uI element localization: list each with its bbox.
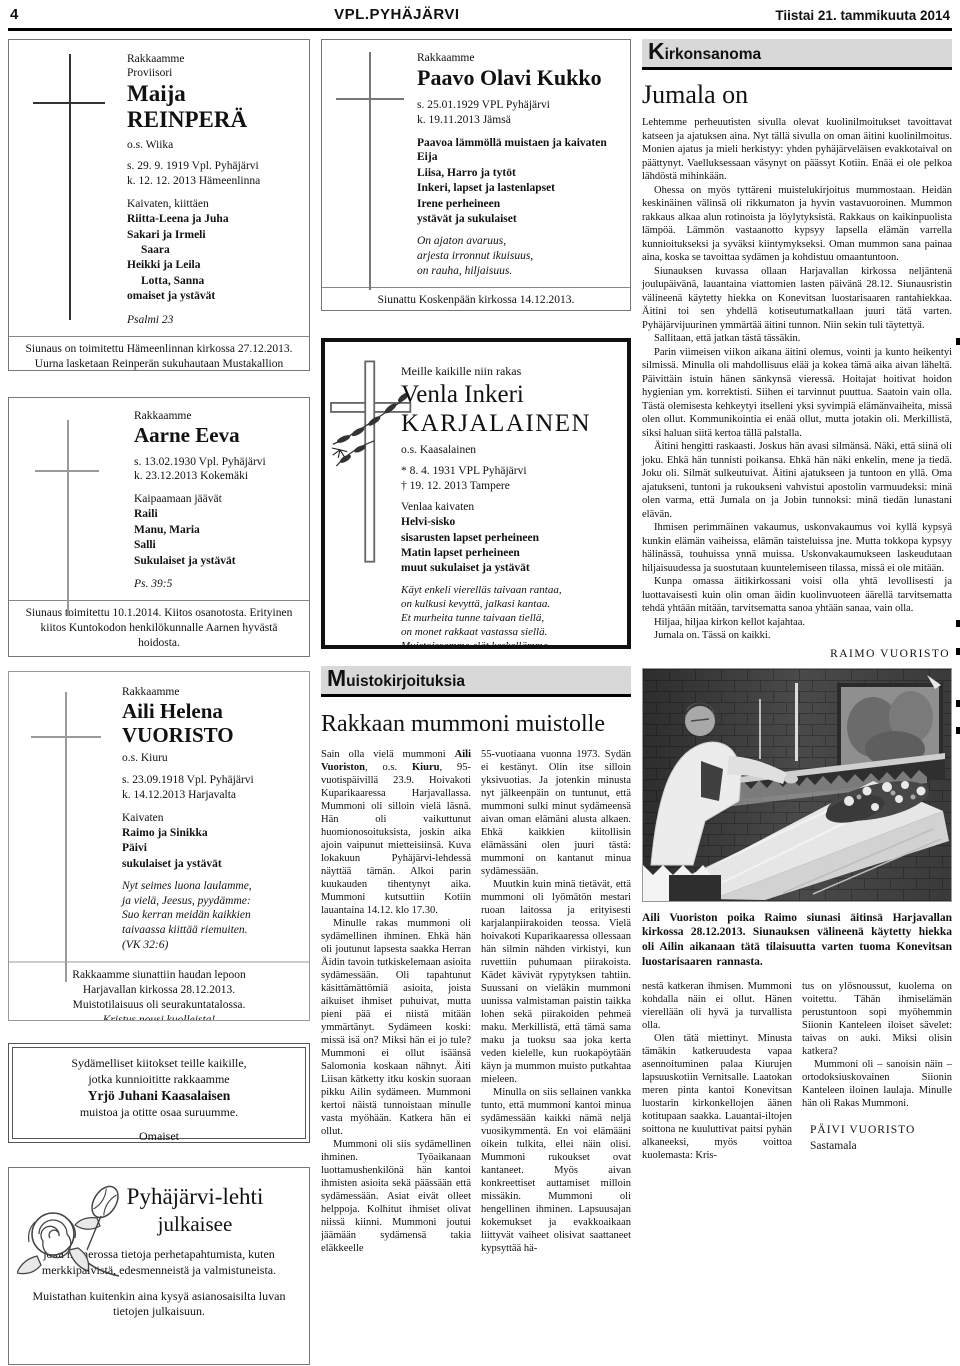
mourner-line: Irene perheineen	[417, 197, 622, 212]
signature-place: Sastamala	[810, 1139, 952, 1155]
mourner-line: omaiset ja ystävät	[127, 289, 299, 304]
verse-line: taivaassa kiittää riemuiten.	[122, 923, 301, 938]
edge-mark	[956, 648, 960, 655]
birth-date: s. 29. 9. 1919 Vpl. Pyhäjärvi	[127, 159, 299, 174]
birth-date: s. 25.01.1929 VPL Pyhäjärvi	[417, 98, 622, 113]
kirkonsanoma-article: Lehtemme perheuutisten sivulla olevat ku…	[642, 116, 952, 643]
newspaper-title: VPL.PYHÄJÄRVI	[334, 6, 459, 23]
publish-box: Pyhäjärvi-lehti julkaisee joka numerossa…	[8, 1167, 310, 1365]
deceased-name: Aili Helena	[122, 700, 301, 724]
mourner-line: Manu, Maria	[134, 523, 301, 538]
obituary-reinpera: Rakkaamme Proviisori Maija REINPERÄ o.s.…	[8, 39, 310, 371]
verse-line: on rauha, hiljaisuus.	[417, 264, 622, 279]
obituary-body: Rakkaamme Proviisori Maija REINPERÄ o.s.…	[9, 40, 309, 328]
footer-line: Rakkaamme siunattiin haudan lepoon	[21, 968, 297, 983]
mourner-line: Raili	[134, 507, 301, 522]
obituary-vuoristo: Rakkaamme Aili Helena VUORISTO o.s. Kiur…	[8, 671, 310, 1021]
right-column: Kirkonsanoma Jumala on Lehtemme perheuut…	[642, 39, 952, 1365]
deceased-label: Rakkaamme	[127, 53, 299, 65]
mourner-line: Matin lapset perheineen	[401, 546, 621, 561]
edge-mark	[956, 700, 960, 707]
obituary-kukko: Rakkaamme Paavo Olavi Kukko s. 25.01.192…	[321, 39, 631, 311]
mourner-line: Lotta, Sanna	[127, 274, 299, 289]
verse-line: on monet rakkaat vastassa siellä.	[401, 625, 621, 639]
text-segment: , o.s.	[365, 762, 412, 773]
mourners-intro: Kaipaamaan jäävät	[134, 492, 301, 507]
memorial-verse: Ps. 39:5	[134, 577, 301, 592]
mourner-line: Päivi	[122, 841, 301, 856]
mourner-line: Saara	[127, 243, 299, 258]
deceased-name: Maija	[127, 81, 299, 107]
text-segment: , 95-vuotispäivillä 23.9. Hoivakoti Kupa…	[321, 762, 471, 916]
footer-line: Kristus nousi kuolleista!	[21, 1013, 297, 1021]
memorial-article: Sain olla vielä mummoni Aili Vuoriston, …	[321, 748, 631, 1356]
page-number: 4	[10, 6, 18, 23]
maiden-name: o.s. Kaasalainen	[401, 443, 621, 458]
article-paragraph: Äitini hengitti raskaasti. Joskus hän av…	[642, 440, 952, 521]
section-label: uistokirjoituksia	[346, 673, 465, 690]
verse-line: Suo kerran meidän kaikkien	[122, 908, 301, 923]
edge-mark	[956, 727, 960, 734]
article-paragraph: Sain olla vielä mummoni Aili Vuoriston, …	[321, 748, 471, 917]
article-column: nestä katkeran ihmisen. Mummoni kohdalla…	[642, 980, 792, 1218]
article-column: Sain olla vielä mummoni Aili Vuoriston, …	[321, 748, 471, 1356]
article-column: 55-vuotiaana vuonna 1973. Sydän ei kestä…	[481, 748, 631, 1356]
thanks-box: Sydämelliset kiitokset teille kaikille, …	[8, 1043, 310, 1143]
mourners-intro: Kaivaten	[122, 811, 301, 826]
signature-name: PÄIVI VUORISTO	[810, 1123, 952, 1139]
verse-line: Nyt seimes luona laulamme,	[122, 879, 301, 894]
deceased-label: Rakkaamme	[122, 686, 301, 698]
obituary-divider	[9, 600, 309, 601]
middle-column: Rakkaamme Paavo Olavi Kukko s. 25.01.192…	[321, 39, 631, 1365]
article-paragraph: nestä katkeran ihmisen. Mummoni kohdalla…	[642, 980, 792, 1032]
deceased-label: Meille kaikille niin rakas	[401, 364, 621, 379]
mourner-line: Inkeri, lapset ja lastenlapset	[417, 181, 622, 196]
author-signature: PÄIVI VUORISTO Sastamala	[802, 1123, 952, 1154]
section-initial: K	[648, 38, 665, 64]
article-paragraph: Mummoni oli – sanoisin näin – ortodoksiu…	[802, 1058, 952, 1110]
mourner-line: Liisa, Harro ja tytöt	[417, 166, 622, 181]
article-title: Rakkaan mummoni muistolle	[321, 711, 631, 738]
deceased-name: Venla Inkeri	[401, 381, 621, 410]
footer-line: Harjavallan kirkossa 28.12.2013.	[21, 983, 297, 998]
article-title: Jumala on	[642, 80, 952, 110]
deceased-title: Proviisori	[127, 67, 299, 79]
birth-date: * 8. 4. 1931 VPL Pyhäjärvi	[401, 464, 621, 479]
memorial-verse: Psalmi 23	[127, 313, 299, 328]
article-continuation: nestä katkeran ihmisen. Mummoni kohdalla…	[642, 980, 952, 1218]
bold-name: Kiuru	[412, 762, 439, 773]
death-date: k. 19.11.2013 Jämsä	[417, 113, 622, 128]
birth-date: s. 13.02.1930 Vpl. Pyhäjärvi	[134, 455, 301, 470]
maiden-name: o.s. Kiuru	[122, 751, 301, 766]
section-initial: M	[327, 665, 346, 691]
author-signature: RAIMO VUORISTO	[642, 648, 950, 660]
mourner-line: Sukulaiset ja ystävät	[134, 554, 301, 569]
death-date: k. 14.12.2013 Harjavalta	[122, 788, 301, 803]
article-paragraph: Hiljaa, hiljaa kirkon kellot kajahtaa.	[642, 616, 952, 630]
thanks-line: muistoa ja otitte osaa suruumme.	[19, 1105, 299, 1121]
mourner-line: muut sukulaiset ja ystävät	[401, 561, 621, 576]
verse-line: On ajaton avaruus,	[417, 234, 622, 249]
verse-line: Muistoissamme elät keskellämme,	[401, 639, 621, 649]
mourner-line: Helvi-sisko	[401, 515, 621, 530]
publish-paragraph: Muistathan kuitenkin aina kysyä asianosa…	[9, 1289, 309, 1320]
mourner-line: Raimo ja Sinikka	[122, 826, 301, 841]
deceased-surname: KARJALAINEN	[401, 410, 621, 439]
rose-icon	[17, 1178, 135, 1285]
mourner-line: Sakari ja Irmeli	[127, 228, 299, 243]
article-paragraph: Sallitaan, että jatkan tästä tässäkin.	[642, 332, 952, 346]
verse-line: (VK 32:6)	[122, 938, 301, 953]
obituary-divider	[9, 961, 309, 963]
death-date: k. 12. 12. 2013 Hämeenlinna	[127, 174, 299, 189]
section-label: irkonsanoma	[665, 46, 761, 63]
mourner-line: ystävät ja sukulaiset	[417, 212, 622, 227]
deceased-name: Aarne Eeva	[134, 424, 301, 448]
photo-caption: Aili Vuoriston poika Raimo siunasi äitin…	[642, 911, 952, 971]
article-paragraph: Muutkin kuin minä tietävät, että mummoni…	[481, 878, 631, 1086]
article-paragraph: Siunauksen kuvassa ollaan Harjavallan ki…	[642, 265, 952, 333]
article-paragraph: Minulle rakas mummoni oli sydämellinen i…	[321, 917, 471, 1138]
article-paragraph: Ihmisen perimmäinen vakaumus, uskonvakau…	[642, 521, 952, 575]
mourner-line: Eija	[417, 150, 622, 165]
obituary-divider	[9, 336, 309, 337]
left-column: Rakkaamme Proviisori Maija REINPERÄ o.s.…	[8, 39, 310, 1365]
article-paragraph: Lehtemme perheuutisten sivulla olevat ku…	[642, 116, 952, 184]
obituary-karjalainen: Meille kaikille niin rakas Venla Inkeri …	[321, 338, 631, 649]
funeral-photo	[642, 668, 952, 902]
mourner-line: Salli	[134, 538, 301, 553]
page-header: 4 VPL.PYHÄJÄRVI Tiistai 21. tammikuuta 2…	[0, 0, 960, 25]
deceased-label: Rakkaamme	[417, 52, 622, 64]
article-paragraph: Jumala on. Tässä on kaikki.	[642, 629, 952, 643]
deceased-name: Paavo Olavi Kukko	[417, 66, 622, 91]
verse-line: arjesta irronnut ikuisuus,	[417, 249, 622, 264]
section-header-kirkonsanoma: Kirkonsanoma	[642, 39, 952, 70]
article-paragraph: tus on ylösnoussut, kuolema on voitettu.…	[802, 980, 952, 1058]
thanks-line: jotka kunnioititte rakkaamme	[19, 1072, 299, 1088]
verse-line: ja vielä, Jeesus, pyydämme:	[122, 894, 301, 909]
death-date: k. 23.12.2013 Kokemäki	[134, 469, 301, 484]
verse-line: Et murheita tunne taivaan tiellä,	[401, 611, 621, 625]
obituary-footer: Siunaus on toimitettu Hämeenlinnan kirko…	[9, 342, 309, 371]
article-paragraph: Ohessa on myös tyttäreni muistelukirjoit…	[642, 184, 952, 265]
deceased-label: Rakkaamme	[134, 410, 301, 422]
article-paragraph: Olen tätä miettinyt. Minusta tämäkin kat…	[642, 1032, 792, 1162]
article-paragraph: Minulla on siis sellainen vankka tunto, …	[481, 1086, 631, 1255]
article-paragraph: Mummoni oli siis sydämellinen ihminen. T…	[321, 1138, 471, 1255]
obituary-footer: Siunaus toimitettu 10.1.2014. Kiitos osa…	[9, 606, 309, 657]
issue-date: Tiistai 21. tammikuuta 2014	[775, 8, 950, 23]
verse-line: Käyt enkeli vierelläs taivaan rantaa,	[401, 583, 621, 597]
text-segment: Sain olla vielä mummoni	[321, 749, 455, 760]
maiden-name: o.s. Wiika	[127, 138, 299, 153]
section-header-muistokirjoituksia: Muistokirjoituksia	[321, 666, 631, 697]
article-paragraph: 55-vuotiaana vuonna 1973. Sydän ei kestä…	[481, 748, 631, 878]
deceased-surname: VUORISTO	[122, 724, 301, 748]
mourner-line: Riitta-Leena ja Juha	[127, 212, 299, 227]
deceased-surname: REINPERÄ	[127, 107, 299, 133]
verse-line: on kulkusi kevyttä, jalkasi kantaa.	[401, 597, 621, 611]
page-columns: Rakkaamme Proviisori Maija REINPERÄ o.s.…	[0, 31, 960, 1365]
article-column: tus on ylösnoussut, kuolema on voitettu.…	[802, 980, 952, 1218]
newspaper-page: 4 VPL.PYHÄJÄRVI Tiistai 21. tammikuuta 2…	[0, 0, 960, 1366]
mourner-line: sisarusten lapset perheineen	[401, 531, 621, 546]
thanks-name: Yrjö Juhani Kaasalaisen	[19, 1087, 299, 1105]
obituary-eeva: Rakkaamme Aarne Eeva s. 13.02.1930 Vpl. …	[8, 397, 310, 657]
article-paragraph: Kunpa omassa äitikirkossani voisi olla y…	[642, 575, 952, 616]
mourner-line: sukulaiset ja ystävät	[122, 857, 301, 872]
mourners-intro: Venlaa kaivaten	[401, 500, 621, 515]
edge-mark	[956, 338, 960, 345]
death-date: † 19. 12. 2013 Tampere	[401, 479, 621, 494]
thanks-line: Sydämelliset kiitokset teille kaikille,	[19, 1056, 299, 1072]
mourner-line: Heikki ja Leila	[127, 258, 299, 273]
footer-line: Muistotilaisuus oli seurakuntatalossa.	[21, 998, 297, 1013]
article-paragraph: Parin viimeisen viikon aikana äitini ole…	[642, 346, 952, 441]
thanks-signature: Omaiset	[19, 1129, 299, 1144]
mourners-intro: Paavoa lämmöllä muistaen ja kaivaten	[417, 136, 622, 151]
obituary-footer: Siunattu Koskenpään kirkossa 14.12.2013.	[322, 293, 630, 311]
mourners-intro: Kaivaten, kiittäen	[127, 197, 299, 212]
edge-mark	[956, 620, 960, 627]
birth-date: s. 23.09.1918 Vpl. Pyhäjärvi	[122, 773, 301, 788]
